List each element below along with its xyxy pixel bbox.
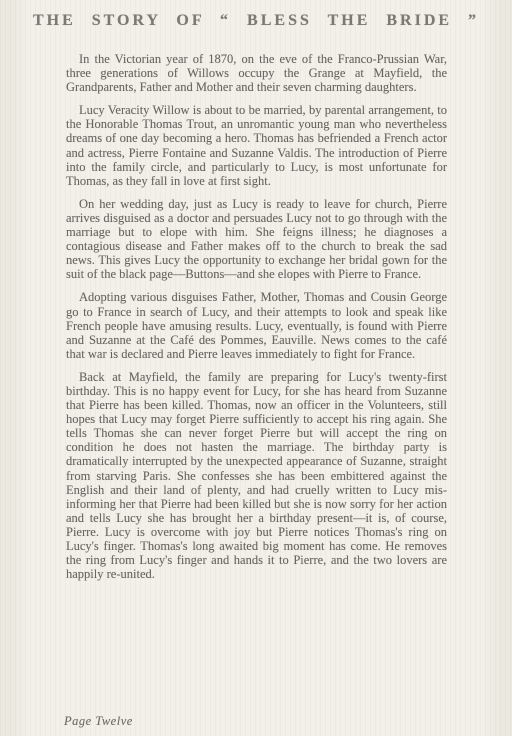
story-paragraph: Back at Mayfield, the family are prepari… xyxy=(66,370,447,581)
story-paragraph: In the Victorian year of 1870, on the ev… xyxy=(66,52,447,94)
story-paragraph: Lucy Veracity Willow is about to be marr… xyxy=(66,103,447,188)
story-body: In the Victorian year of 1870, on the ev… xyxy=(66,52,447,590)
story-paragraph: Adopting various disguises Father, Mothe… xyxy=(66,290,447,360)
story-paragraph: On her wedding day, just as Lucy is read… xyxy=(66,197,447,282)
page-title: THE STORY OF “ BLESS THE BRIDE ” xyxy=(0,12,512,30)
scanned-document-page: THE STORY OF “ BLESS THE BRIDE ” In the … xyxy=(0,0,512,736)
page-number: Page Twelve xyxy=(64,714,133,729)
